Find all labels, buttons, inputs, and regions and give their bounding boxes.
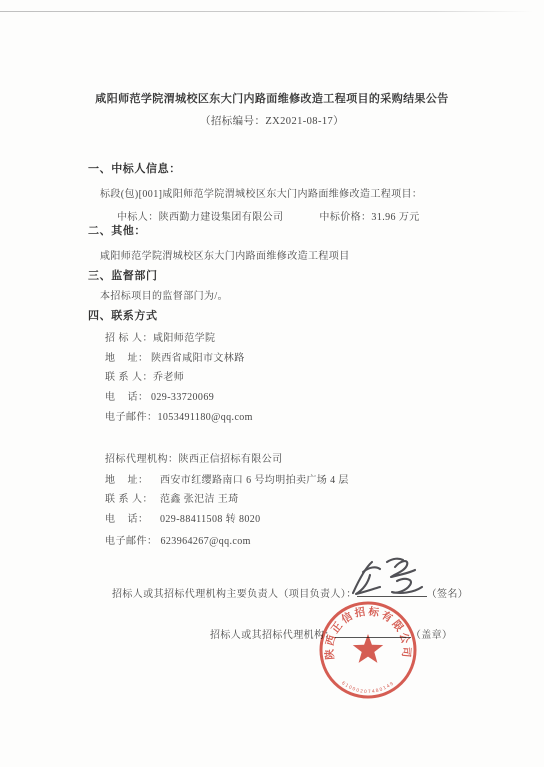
tenderer-row: 地 址： 陕西省咸阳市文林路 <box>105 349 245 364</box>
tenderer-label: 招 标 人： <box>105 329 153 344</box>
section-heading-supervision: 三、监督部门 <box>88 267 158 283</box>
tenderer-value: 咸阳师范学院 <box>153 329 215 344</box>
phone-label: 电 话： <box>105 388 151 403</box>
winner-line: 中标人：陕西勤力建设集团有限公司中标价格：31.96 万元 <box>117 208 420 223</box>
other-content: 咸阳师范学院渭城校区东大门内路面维修改造工程项目 <box>100 247 350 262</box>
contact-person-label: 联 系 人： <box>105 368 153 383</box>
tender-number: （招标编号：ZX2021-08-17） <box>0 113 544 128</box>
seal-star-icon <box>353 634 383 663</box>
section-heading-other: 二、其他： <box>88 222 146 238</box>
agency-row: 电 话： 029-88411508 转 8020 <box>105 510 261 525</box>
agency-address-label: 地 址： <box>105 471 160 486</box>
email-value: 1053491180@qq.com <box>158 412 253 423</box>
agency-email-label: 电子邮件： <box>105 532 161 547</box>
handwritten-signature <box>343 556 431 600</box>
phone-value: 029-33720069 <box>151 392 214 403</box>
agency-address-value: 西安市红缨路南口 6 号均明拍卖广场 4 层 <box>160 471 349 486</box>
agency-email-value: 623964267@qq.com <box>161 536 251 547</box>
agency-phone-value: 029-88411508 转 8020 <box>160 510 261 525</box>
agency-row: 电子邮件： 623964267@qq.com <box>105 532 251 547</box>
contact-person-value: 乔老师 <box>153 368 184 383</box>
company-seal: 陕西正信招标有限公司 61000207480149 <box>318 596 418 706</box>
supervision-content: 本招标项目的监督部门为/。 <box>100 287 228 302</box>
section-heading-winner-info: 一、中标人信息： <box>88 160 181 176</box>
section-heading-contact: 四、联系方式 <box>88 307 158 323</box>
tenderer-row: 电子邮件： 1053491180@qq.com <box>105 408 253 423</box>
winner-name: 陕西勤力建设集团有限公司 <box>159 212 284 223</box>
agency-row: 地 址： 西安市红缨路南口 6 号均明拍卖广场 4 层 <box>105 471 349 486</box>
document-page: 咸阳师范学院渭城校区东大门内路面维修改造工程项目的采购结果公告 （招标编号：ZX… <box>0 0 544 767</box>
scan-artifact-line <box>0 11 544 12</box>
email-label: 电子邮件： <box>105 408 158 423</box>
agency-label: 招标代理机构： <box>105 450 179 465</box>
agency-value: 陕西正信招标有限公司 <box>179 450 283 465</box>
price-value: 31.96 万元 <box>371 212 419 223</box>
tenderer-row: 联 系 人： 乔老师 <box>105 368 184 383</box>
org-label: 招标人或其招标代理机构： <box>210 630 335 641</box>
agency-phone-label: 电 话： <box>105 510 160 525</box>
agency-row: 招标代理机构： 陕西正信招标有限公司 <box>105 450 283 465</box>
address-label: 地 址： <box>105 349 151 364</box>
tenderer-row: 电 话： 029-33720069 <box>105 388 214 403</box>
agency-row: 联 系 人： 范鑫 张汜洁 王琦 <box>105 490 239 505</box>
address-value: 陕西省咸阳市文林路 <box>151 349 245 364</box>
page-title: 咸阳师范学院渭城校区东大门内路面维修改造工程项目的采购结果公告 <box>0 90 544 106</box>
lot-line: 标段(包)[001]咸阳师范学院渭城校区东大门内路面维修改造工程项目： <box>100 185 422 200</box>
agency-person-value: 范鑫 张汜洁 王琦 <box>160 490 239 505</box>
price-label: 中标价格： <box>319 212 371 223</box>
agency-person-label: 联 系 人： <box>105 490 160 505</box>
tenderer-row: 招 标 人： 咸阳师范学院 <box>105 329 215 344</box>
signature-suffix: （签名） <box>427 589 469 600</box>
